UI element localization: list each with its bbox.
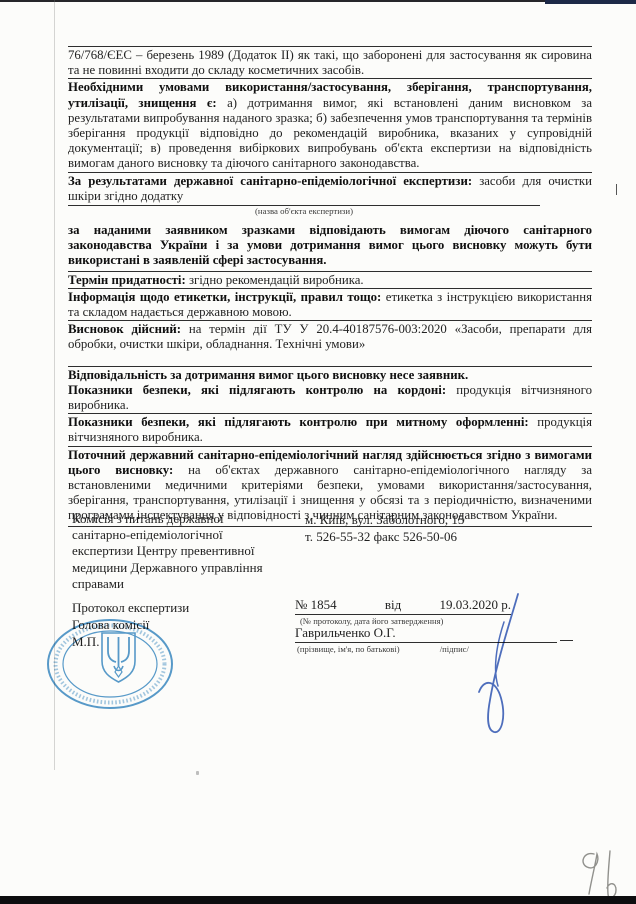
underline-segment <box>560 640 573 641</box>
paragraph-label: Показники безпеки, які підлягають контро… <box>68 383 446 397</box>
handwritten-page-number <box>576 848 624 900</box>
paragraph-text: згідно рекомендацій виробника. <box>189 273 364 287</box>
paragraph-label-info: Інформація щодо етикетки, інструкції, пр… <box>68 288 592 320</box>
paragraph-label: Інформація щодо етикетки, інструкції, пр… <box>68 290 381 304</box>
paragraph-expertise-results: За результатами державної санітарно-епід… <box>68 172 592 217</box>
commission-line: Комісія з питань державної <box>72 511 314 527</box>
paragraph-text: 76/768/ЄЕС – березень 1989 (Додаток II) … <box>68 48 592 77</box>
paragraph-label: Висновок дійсний: <box>68 322 181 336</box>
paragraph-samples-conformity: за наданими заявником зразками відповіда… <box>68 223 592 271</box>
commission-line: справами <box>72 576 314 592</box>
paragraph-label: Термін придатності: <box>68 273 186 287</box>
trident-emblem-icon <box>102 633 135 682</box>
paragraph-conclusion-validity: Висновок дійсний: на термін дії ТУ У 20.… <box>68 320 592 365</box>
scan-speck <box>196 771 199 775</box>
paragraph-cosmetics-directive: 76/768/ЄЕС – березень 1989 (Додаток II) … <box>68 46 592 78</box>
chairman-name: Гаврильченко О.Г. <box>295 625 396 640</box>
scan-top-edge-dark-segment <box>545 0 636 4</box>
name-caption: (прізвище, ім'я, по батькові) <box>297 644 400 654</box>
paragraph-label: Показники безпеки, які підлягають контро… <box>68 415 529 429</box>
signature-ink <box>446 588 546 738</box>
scan-bottom-edge <box>0 896 636 904</box>
commission-line: медицини Державного управління <box>72 560 314 576</box>
scan-top-edge <box>0 0 636 2</box>
paragraph-line: Відповідальність за дотримання вимог цьо… <box>68 368 468 382</box>
protocol-from-word: від <box>385 597 401 613</box>
paragraph-text: за наданими заявником зразками відповіда… <box>68 223 592 267</box>
round-seal-stamp <box>44 614 180 714</box>
protocol-number: № 1854 <box>295 597 337 612</box>
seal-ring-text <box>56 626 165 703</box>
paragraph-customs-control: Показники безпеки, які підлягають контро… <box>68 413 592 445</box>
scan-tick-mark <box>616 184 617 195</box>
commission-block: Комісія з питань державної санітарно-епі… <box>72 511 314 592</box>
commission-line: санітарно-епідеміологічної <box>72 527 314 543</box>
paragraph-shelf-life: Термін придатності: згідно рекомендацій … <box>68 271 592 288</box>
address-line: т. 526-55-32 факс 526-50-06 <box>305 528 464 545</box>
document-page: 76/768/ЄЕС – березень 1989 (Додаток II) … <box>0 0 636 904</box>
object-name-line: (назва об'єкта експертизи) <box>68 205 540 217</box>
commission-line: експертизи Центру превентивної <box>72 543 314 559</box>
address-block: м. Київ, вул. Заболотного, 15 т. 526-55-… <box>305 511 464 545</box>
address-line: м. Київ, вул. Заболотного, 15 <box>305 511 464 528</box>
paragraph-usage-conditions: Необхідними умовами використання/застосу… <box>68 78 592 171</box>
paragraph-label: За результатами державної санітарно-епід… <box>68 174 472 188</box>
object-name-caption: (назва об'єкта експертизи) <box>68 206 540 217</box>
document-body: 76/768/ЄЕС – березень 1989 (Додаток II) … <box>68 46 592 527</box>
paragraph-responsibility: Відповідальність за дотримання вимог цьо… <box>68 366 592 414</box>
